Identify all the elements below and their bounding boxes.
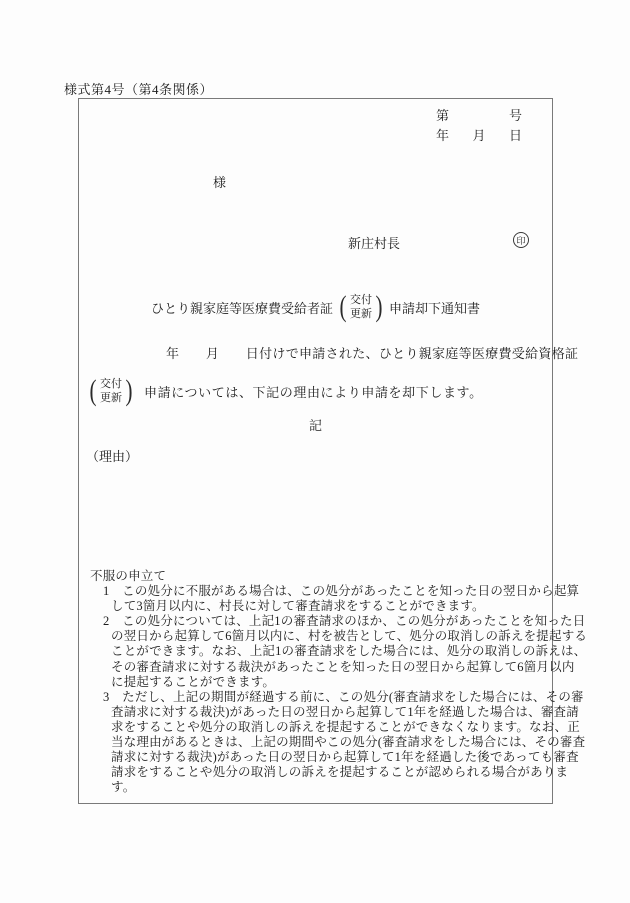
title-choice-top: 交付 — [350, 293, 372, 307]
decision-choice-top: 交付 — [100, 377, 122, 391]
appeal-line: 求をすることや処分の取消しの訴えを提起することができなくなります。なお、正 — [111, 720, 550, 735]
body-intro-line: 年 月 日付けで申請された、ひとり親家庭等医療費受給資格証 — [166, 343, 578, 362]
doc-number-suffix: 号 — [509, 106, 522, 126]
appeal-line: 2 この処分については、上記1の審査請求のほか、この処分があったことを知った日 — [103, 614, 550, 629]
appeal-line: その審査請求に対する裁決があったことを知った日の翌日から起算して6箇月以内 — [111, 660, 550, 675]
reason-label: （理由） — [86, 446, 138, 465]
appeal-line: 査請求に対する裁決)があった日の翌日から起算して1年を経過した場合は、審査請 — [111, 705, 550, 720]
decision-choice-stack: 交付 更新 — [98, 377, 124, 405]
doc-number-prefix: 第 — [436, 106, 449, 126]
appeal-section: 不服の申立て 1 この処分に不服がある場合は、この処分があったことを知った日の翌… — [90, 569, 550, 795]
title-choice-bottom: 更新 — [350, 307, 372, 321]
document-page: { "page": { "form_label": "様式第4号（第4条関係）"… — [0, 0, 630, 903]
appeal-heading: 不服の申立て — [90, 569, 550, 584]
title-choice-stack: 交付 更新 — [348, 293, 374, 321]
form-label: 様式第4号（第4条関係） — [64, 79, 213, 98]
decision-choice-group: ( 交付 更新 ) — [88, 373, 134, 409]
appeal-line: の翌日から起算して6箇月以内に、村を被告として、処分の取消しの訴えを提起する — [111, 629, 550, 644]
appeal-line: 請求をすることや処分の取消しの訴えを提起することが認められる場合がありま — [111, 765, 550, 780]
doc-number-block: 第 号 年 月 日 — [436, 106, 522, 146]
bracket-close-icon: ) — [126, 373, 133, 409]
record-mark: 記 — [79, 415, 552, 434]
addressee-honorific: 様 — [213, 172, 226, 191]
bracket-open-icon: ( — [90, 373, 97, 409]
date-day-label: 日 — [509, 126, 522, 146]
issuer-line: 新庄村長 印 — [348, 233, 528, 252]
decision-choice-bottom: 更新 — [100, 391, 122, 405]
appeal-line: して3箇月以内に、村長に対して審査請求をすることができます。 — [111, 599, 550, 614]
bracket-open-icon: ( — [340, 289, 347, 325]
doc-title: ひとり親家庭等医療費受給者証 ( 交付 更新 ) 申請却下通知書 — [79, 287, 552, 327]
doc-number-row: 第 号 — [436, 106, 522, 126]
decision-row: ( 交付 更新 ) 申請については、下記の理由により申請を却下します。 — [88, 371, 483, 411]
date-month-label: 月 — [472, 126, 485, 146]
seal-character: 印 — [516, 234, 525, 247]
date-year-label: 年 — [436, 126, 449, 146]
appeal-line: す。 — [111, 780, 550, 795]
appeal-line: ことができます。なお、上記1の審査請求をした場合には、処分の取消しの訴えは、 — [111, 644, 550, 659]
doc-title-suffix: 申請却下通知書 — [389, 298, 480, 317]
bracket-close-icon: ) — [376, 289, 383, 325]
seal-mark-icon: 印 — [513, 232, 529, 248]
issuer-title: 新庄村長 — [348, 233, 400, 252]
appeal-line: 当な理由があるときは、上記の期間やこの処分(審査請求をした場合には、その審査 — [111, 735, 550, 750]
appeal-line: 請求に対する裁決)があった日の翌日から起算して1年を経過した後であっても審査 — [111, 750, 550, 765]
appeal-line: に提起することができます。 — [111, 675, 550, 690]
doc-date-row: 年 月 日 — [436, 126, 522, 146]
doc-title-prefix: ひとり親家庭等医療費受給者証 — [151, 298, 333, 317]
appeal-line: 1 この処分に不服がある場合は、この処分があったことを知った日の翌日から起算 — [103, 584, 550, 599]
decision-line: 申請については、下記の理由により申請を却下します。 — [144, 382, 483, 401]
appeal-line: 3 ただし、上記の期間が経過する前に、この処分(審査請求をした場合には、その審 — [103, 690, 550, 705]
title-choice-group: ( 交付 更新 ) — [338, 289, 384, 325]
